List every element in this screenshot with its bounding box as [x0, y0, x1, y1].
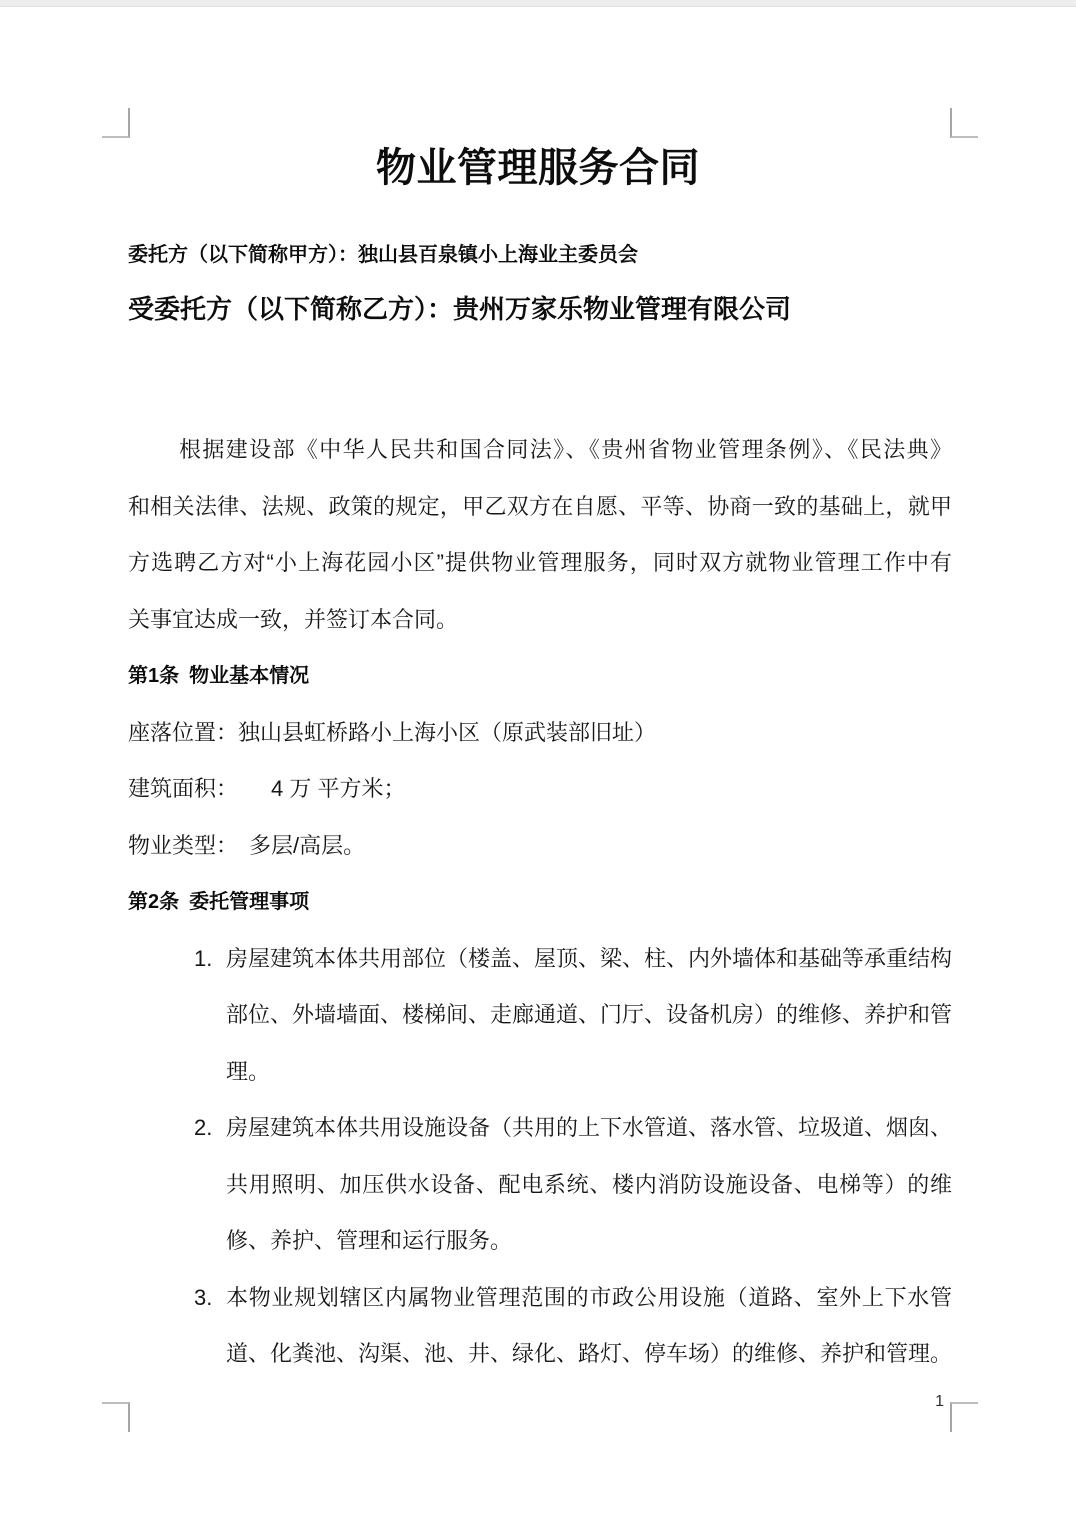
text-line: 1.房屋建筑本体共用部位（楼盖、屋顶、梁、柱、内外墙体和基础等承重结构 — [128, 931, 952, 988]
text-line: 修、养护、管理和运行服务。 — [128, 1213, 952, 1270]
text-line: 建筑面积： 4 万 平方米； — [128, 761, 952, 818]
page-number: 1 — [880, 1390, 944, 1414]
heading-line: 第2条委托管理事项 — [128, 874, 952, 931]
list-item-number: 1. — [194, 931, 212, 988]
document-title: 物业管理服务合同 — [0, 142, 1076, 194]
section-number: 第2条 — [128, 891, 179, 913]
list-item: 2.房屋建筑本体共用设施设备（共用的上下水管道、落水管、垃圾道、烟囱、共用照明、… — [128, 1100, 952, 1270]
text-line: 和相关法律、法规、政策的规定，甲乙双方在自愿、平等、协商一致的基础上，就甲 — [128, 479, 952, 536]
section-title: 委托管理事项 — [189, 891, 309, 913]
party-a-line: 委托方（以下简称甲方）：独山县百泉镇小上海业主委员会 — [128, 240, 952, 270]
text-line: 理。 — [128, 1044, 952, 1101]
text-line: 2.房屋建筑本体共用设施设备（共用的上下水管道、落水管、垃圾道、烟囱、 — [128, 1100, 952, 1157]
section-title: 物业基本情况 — [189, 665, 309, 687]
text-line: 方选聘乙方对“小上海花园小区”提供物业管理服务，同时双方就物业管理工作中有 — [128, 535, 952, 592]
list-item: 3.本物业规划辖区内属物业管理范围的市政公用设施（道路、室外上下水管道、化粪池、… — [128, 1270, 952, 1383]
margin-cropmark-top-right — [950, 108, 978, 138]
text-line: 座落位置：独山县虹桥路小上海小区（原武装部旧址） — [128, 705, 952, 762]
margin-cropmark-top-left — [102, 108, 130, 138]
text-line: 部位、外墙墙面、楼梯间、走廊通道、门厅、设备机房）的维修、养护和管 — [128, 987, 952, 1044]
text-line: 共用照明、加压供水设备、配电系统、楼内消防设施设备、电梯等）的维 — [128, 1157, 952, 1214]
text-line: 道、化粪池、沟渠、池、井、绿化、路灯、停车场）的维修、养护和管理。 — [128, 1326, 952, 1383]
paragraph: 物业类型： 多层/高层。 — [128, 818, 952, 875]
text-line: 3.本物业规划辖区内属物业管理范围的市政公用设施（道路、室外上下水管 — [128, 1270, 952, 1327]
section-heading: 第2条委托管理事项 — [128, 874, 952, 931]
document-body: 根据建设部《中华人民共和国合同法》、《贵州省物业管理条例》、《民法典》和相关法律… — [128, 422, 952, 1383]
text-line: 物业类型： 多层/高层。 — [128, 818, 952, 875]
paragraph: 座落位置：独山县虹桥路小上海小区（原武装部旧址） — [128, 705, 952, 762]
party-b-line: 受委托方（以下简称乙方）：贵州万家乐物业管理有限公司 — [128, 292, 952, 326]
paragraph: 根据建设部《中华人民共和国合同法》、《贵州省物业管理条例》、《民法典》和相关法律… — [128, 422, 952, 648]
text-line: 根据建设部《中华人民共和国合同法》、《贵州省物业管理条例》、《民法典》 — [128, 422, 952, 479]
margin-cropmark-bottom-left — [102, 1402, 130, 1432]
list-item: 1.房屋建筑本体共用部位（楼盖、屋顶、梁、柱、内外墙体和基础等承重结构部位、外墙… — [128, 931, 952, 1101]
margin-cropmark-bottom-right — [950, 1402, 978, 1432]
document-page: 物业管理服务合同 委托方（以下简称甲方）：独山县百泉镇小上海业主委员会 受委托方… — [0, 0, 1076, 1526]
heading-line: 第1条物业基本情况 — [128, 648, 952, 705]
paragraph: 建筑面积： 4 万 平方米； — [128, 761, 952, 818]
list-item-number: 3. — [194, 1270, 212, 1327]
section-number: 第1条 — [128, 665, 179, 687]
page-top-strip — [0, 0, 1076, 7]
text-line: 关事宜达成一致，并签订本合同。 — [128, 592, 952, 649]
list-item-number: 2. — [194, 1100, 212, 1157]
section-heading: 第1条物业基本情况 — [128, 648, 952, 705]
